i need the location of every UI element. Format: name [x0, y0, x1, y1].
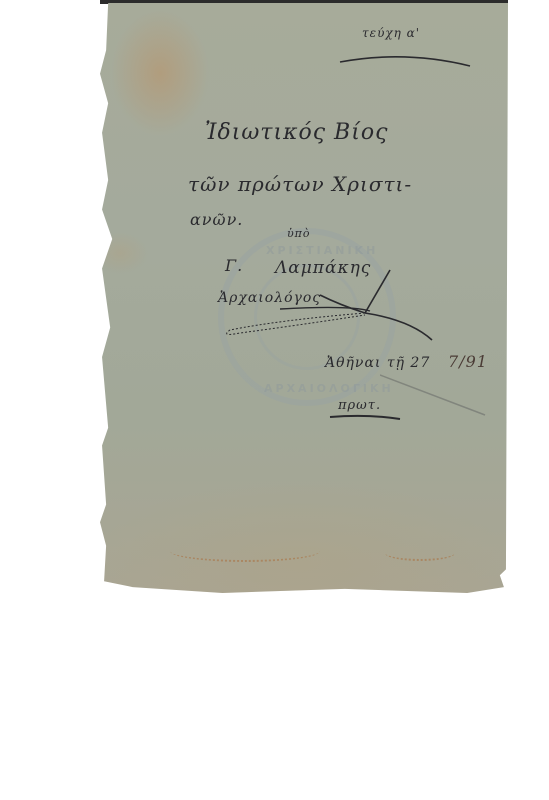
title-line-1: Ἰδιωτικός Βίος [205, 120, 388, 145]
page-note: πρωτ. [338, 398, 381, 413]
byline-prefix: ὑπὸ [287, 227, 311, 240]
date-month-year: 7/91 [448, 352, 488, 371]
diagonal-pen-stroke [380, 370, 490, 420]
water-stain [385, 545, 455, 561]
signature-flourish [220, 265, 450, 345]
stamp-text-top: ΧΡΙΣΤΙΑΝΙΚΗ [266, 244, 378, 257]
water-stain [170, 540, 320, 562]
title-line-3: ανῶν. [190, 210, 243, 229]
place-date: Ἀθῆναι τῇ 27 [325, 355, 430, 371]
header-underline-flourish [335, 48, 475, 70]
title-line-2: τῶν πρώτων Χριστι- [188, 172, 412, 196]
header-note: τεύχη α' [362, 26, 420, 40]
stamp-text-bottom: ΑΡΧΑΙΟΛΟΓΙΚΗ [264, 382, 394, 395]
